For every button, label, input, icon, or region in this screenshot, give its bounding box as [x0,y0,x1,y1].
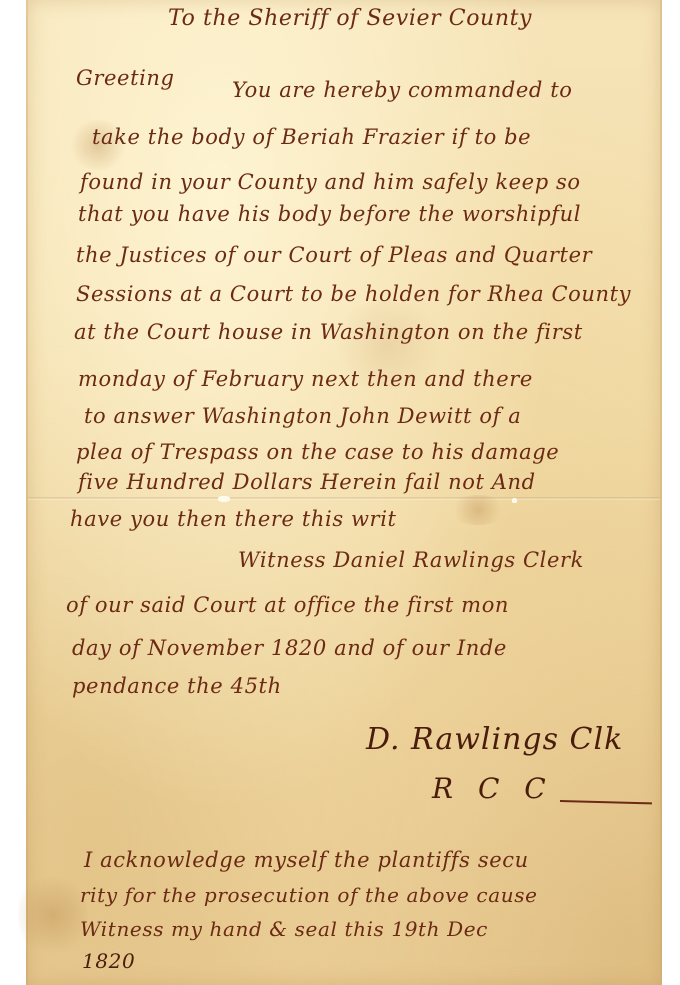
fold-crease [28,497,660,500]
clerk-signature: D. Rawlings Clk [366,722,623,757]
witness-line-1: Witness Daniel Rawlings Clerk [238,548,584,572]
stain [448,495,508,525]
body-line-10: plea of Trespass on the case to his dama… [76,440,559,464]
body-line-2: take the body of Beriah Frazier if to be [92,125,531,149]
paper-hole [218,496,230,502]
acknowledgement-year: 1820 [82,949,135,973]
witness-line-2: of our said Court at office the first mo… [66,593,509,617]
document-heading: To the Sheriff of Sevier County [168,6,532,31]
body-line-3: found in your County and him safely keep… [80,170,581,194]
body-line-9: to answer Washington John Dewitt of a [84,404,521,428]
body-line-4: that you have his body before the worshi… [78,202,581,226]
body-line-11: five Hundred Dollars Herein fail not And [78,470,536,494]
witness-line-4: pendance the 45th [72,674,282,698]
margin-note-greeting: Greeting [76,66,175,90]
paper-hole [512,498,517,503]
clerk-initials: R C C [432,772,554,805]
body-line-12: have you then there this writ [70,507,397,531]
body-line-1: You are hereby commanded to [232,78,573,102]
acknowledgement-line-2: rity for the prosecution of the above ca… [80,883,538,907]
witness-line-3: day of November 1820 and of our Inde [72,636,507,660]
acknowledgement-line-3: Witness my hand & seal this 19th Dec [80,917,488,941]
acknowledgement-line-1: I acknowledge myself the plantiffs secu [84,848,529,872]
body-line-7: at the Court house in Washington on the … [74,320,583,344]
body-line-6: Sessions at a Court to be holden for Rhe… [76,282,631,306]
stain [18,870,88,960]
body-line-8: monday of February next then and there [78,367,533,391]
body-line-5: the Justices of our Court of Pleas and Q… [76,243,592,267]
